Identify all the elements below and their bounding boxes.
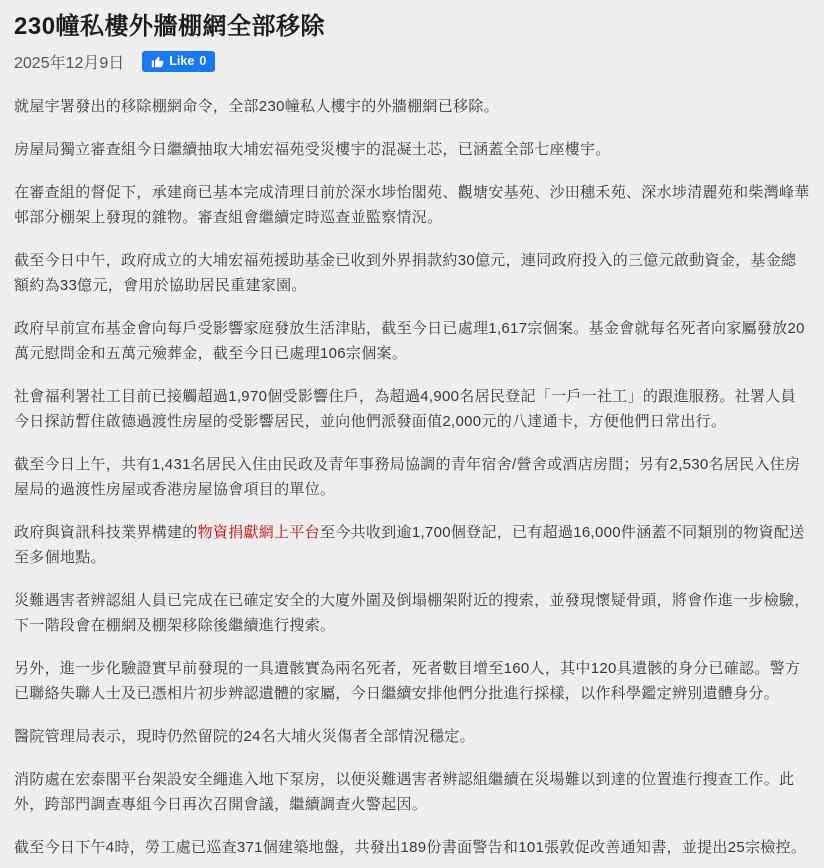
paragraph: 災難遇害者辨認組人員已完成在已確定安全的大廈外圍及倒塌棚架附近的搜索，並發現懷疑… <box>14 588 810 638</box>
article-date: 2025年12月9日 <box>14 50 124 73</box>
paragraph: 就屋宇署發出的移除棚網命令，全部230幢私人樓宇的外牆棚網已移除。 <box>14 94 810 119</box>
paragraph: 截至今日下午4時，勞工處已巡查371個建築地盤，共發出189份書面警告和101張… <box>14 835 810 860</box>
paragraph: 社會福利署社工目前已接觸超過1,970個受影響住戶，為超過4,900名居民登記「… <box>14 384 810 434</box>
paragraph: 房屋局獨立審查組今日繼續抽取大埔宏福苑受災樓宇的混凝土芯，已涵蓋全部七座樓宇。 <box>14 137 810 162</box>
article-page: 230幢私樓外牆棚網全部移除 2025年12月9日 Like 0 就屋宇署發出的… <box>0 0 824 860</box>
paragraph: 消防處在宏泰閣平台架設安全繩進入地下泵房，以便災難遇害者辨認組繼續在災場難以到達… <box>14 767 810 817</box>
paragraph: 另外，進一步化驗證實早前發現的一具遺骸實為兩名死者，死者數目增至160人，其中1… <box>14 656 810 706</box>
paragraph: 截至今日中午，政府成立的大埔宏福苑援助基金已收到外界捐款約30億元，連同政府投入… <box>14 248 810 298</box>
page-title: 230幢私樓外牆棚網全部移除 <box>14 13 810 42</box>
paragraph: 在審查組的督促下，承建商已基本完成清理日前於深水埗怡閣苑、觀塘安基苑、沙田穗禾苑… <box>14 180 810 230</box>
article-meta: 2025年12月9日 Like 0 <box>14 50 810 73</box>
like-label: Like <box>169 54 194 68</box>
paragraph-text: 政府與資訊科技業界構建的 <box>14 524 198 541</box>
like-count: 0 <box>199 54 206 68</box>
paragraph: 政府與資訊科技業界構建的物資捐獻網上平台至今共收到逾1,700個登記，已有超過1… <box>14 520 810 570</box>
donation-platform-link[interactable]: 物資捐獻網上平台 <box>198 524 320 541</box>
facebook-like-button[interactable]: Like 0 <box>142 51 215 72</box>
article-body: 就屋宇署發出的移除棚網命令，全部230幢私人樓宇的外牆棚網已移除。 房屋局獨立審… <box>14 94 810 860</box>
thumbs-up-icon <box>151 55 164 68</box>
paragraph: 政府早前宣布基金會向每戶受影響家庭發放生活津貼，截至今日已處理1,617宗個案。… <box>14 316 810 366</box>
paragraph: 醫院管理局表示，現時仍然留院的24名大埔火災傷者全部情況穩定。 <box>14 724 810 749</box>
paragraph: 截至今日上午，共有1,431名居民入住由民政及青年事務局協調的青年宿舍/營舍或酒… <box>14 452 810 502</box>
